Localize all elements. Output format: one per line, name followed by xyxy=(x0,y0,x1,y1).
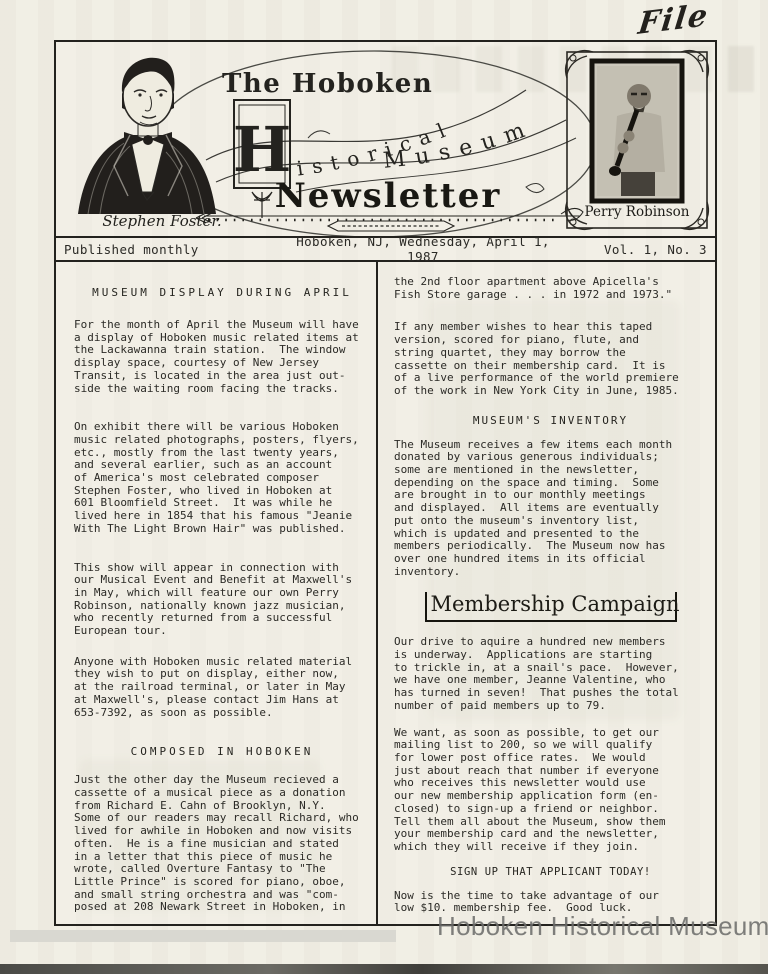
issue-date: Hoboken, NJ, Wednesday, April 1, 1987 xyxy=(279,234,567,264)
archive-watermark: Hoboken Historical Museum xyxy=(437,911,768,942)
stephen-foster-caption: Stephen Foster. xyxy=(92,212,232,230)
masthead-the-hoboken: The Hoboken xyxy=(222,69,433,99)
article-paragraph: We want, as soon as possible, to get our… xyxy=(394,727,707,854)
scan-artifact-band xyxy=(10,930,396,942)
article-paragraph: Anyone with Hoboken music related materi… xyxy=(74,656,370,720)
article-paragraph: This show will appear in connection with… xyxy=(74,562,370,638)
stephen-foster-engraving xyxy=(64,46,229,214)
scan-edge-shadow xyxy=(0,964,768,974)
newsletter-page: The Hoboken H istorical Museum Newslette… xyxy=(54,40,717,926)
masthead-banner xyxy=(328,221,454,231)
heading-composed-in-hoboken: COMPOSED IN HOBOKEN xyxy=(74,745,370,758)
stephen-foster-portrait xyxy=(64,46,229,214)
article-paragraph: For the month of April the Museum will h… xyxy=(74,319,370,395)
masthead: The Hoboken H istorical Museum Newslette… xyxy=(56,42,715,236)
article-paragraph: If any member wishes to hear this taped … xyxy=(394,321,707,397)
article-paragraph: the 2nd floor apartment above Apicella's… xyxy=(394,276,707,301)
curl-decor xyxy=(308,131,330,138)
article-paragraph: Just the other day the Museum recieved a… xyxy=(74,774,370,914)
article-body: MUSEUM DISPLAY DURING APRIL For the mont… xyxy=(56,262,715,924)
article-paragraph: Our drive to aquire a hundred new member… xyxy=(394,636,707,712)
masthead-newsletter: Newsletter xyxy=(275,176,502,216)
curl-decor xyxy=(526,183,544,192)
volume-number: Vol. 1, No. 3 xyxy=(567,242,707,257)
left-column: MUSEUM DISPLAY DURING APRIL For the mont… xyxy=(56,262,378,924)
right-column: the 2nd floor apartment above Apicella's… xyxy=(378,262,715,924)
heading-museum-display: MUSEUM DISPLAY DURING APRIL xyxy=(74,286,370,299)
dateline-bar: Published monthly Hoboken, NJ, Wednesday… xyxy=(56,236,715,262)
heading-museums-inventory: MUSEUM'S INVENTORY xyxy=(394,414,707,427)
perry-robinson-frame: Perry Robinson xyxy=(559,44,715,236)
heading-sign-up: SIGN UP THAT APPLICANT TODAY! xyxy=(394,866,707,878)
article-paragraph: On exhibit there will be various Hoboken… xyxy=(74,421,370,535)
published-monthly-label: Published monthly xyxy=(64,242,279,257)
perry-robinson-caption: Perry Robinson xyxy=(559,204,715,220)
handwritten-file-label: File xyxy=(636,0,750,42)
perry-robinson-photo xyxy=(592,61,682,201)
article-paragraph: The Museum receives a few items each mon… xyxy=(394,439,707,579)
membership-campaign-headline: Membership Campaign xyxy=(425,592,677,622)
